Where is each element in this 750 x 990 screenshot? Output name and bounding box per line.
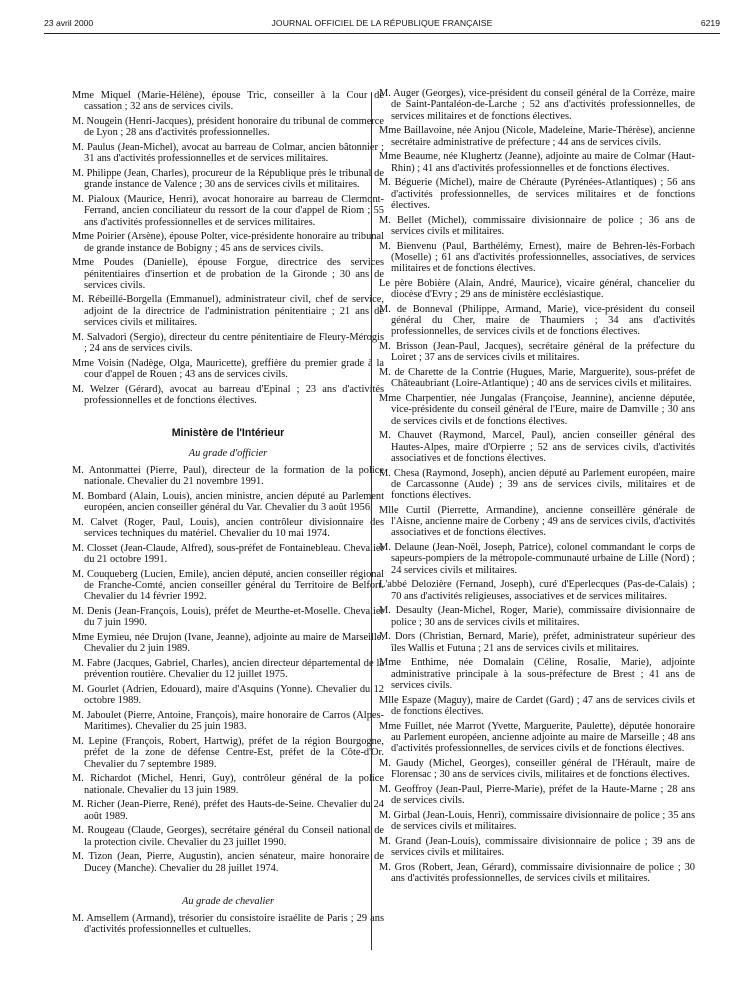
header-rule bbox=[44, 33, 720, 34]
list-item: Mlle Curtil (Pierrette, Armandine), anci… bbox=[379, 505, 695, 539]
entries-list-officier: M. Antonmattei (Pierre, Paul), directeur… bbox=[72, 465, 384, 874]
page-header: 23 avril 2000 JOURNAL OFFICIEL DE LA RÉP… bbox=[44, 16, 720, 30]
list-item: Mme Miquel (Marie-Hélène), épouse Tric, … bbox=[72, 90, 384, 113]
list-item: M. Béguerie (Michel), maire de Chéraute … bbox=[379, 177, 695, 211]
list-item: M. Calvet (Roger, Paul, Louis), ancien c… bbox=[72, 517, 384, 540]
entries-list-chevalier-continued: M. Auger (Georges), vice-président du co… bbox=[379, 88, 695, 884]
list-item: Mme Charpentier, née Jungalas (Françoise… bbox=[379, 393, 695, 427]
list-item: M. Bellet (Michel), commissaire division… bbox=[379, 215, 695, 238]
list-item: Mme Poudes (Danielle), épouse Forgue, di… bbox=[72, 257, 384, 291]
list-item: M. Dors (Christian, Bernard, Marie), pré… bbox=[379, 631, 695, 654]
list-item: M. de Bonneval (Philippe, Armand, Marie)… bbox=[379, 304, 695, 338]
list-item: M. Chauvet (Raymond, Marcel, Paul), anci… bbox=[379, 430, 695, 464]
list-item: M. Gaudy (Michel, Georges), conseiller g… bbox=[379, 758, 695, 781]
list-item: L'abbé Delozière (Fernand, Joseph), curé… bbox=[379, 579, 695, 602]
list-item: M. Richer (Jean-Pierre, René), préfet de… bbox=[72, 799, 384, 822]
list-item: M. Chesa (Raymond, Joseph), ancien déput… bbox=[379, 468, 695, 502]
list-item: M. Pialoux (Maurice, Henri), avocat hono… bbox=[72, 194, 384, 228]
list-item: M. Bienvenu (Paul, Barthélémy, Ernest), … bbox=[379, 241, 695, 275]
list-item: M. Rougeau (Claude, Georges), secrétaire… bbox=[72, 825, 384, 848]
list-item: M. Jaboulet (Pierre, Antoine, François),… bbox=[72, 710, 384, 733]
entries-list-justice: Mme Miquel (Marie-Hélène), épouse Tric, … bbox=[72, 90, 384, 406]
list-item: M. Denis (Jean-François, Louis), préfet … bbox=[72, 606, 384, 629]
list-item: M. Paulus (Jean-Michel), avocat au barre… bbox=[72, 142, 384, 165]
section-title: Ministère de l'Intérieur bbox=[72, 428, 384, 439]
list-item: M. Fabre (Jacques, Gabriel, Charles), an… bbox=[72, 658, 384, 681]
grade-heading-officier: Au grade d'officier bbox=[72, 448, 384, 459]
list-item: M. Gourlet (Adrien, Edouard), maire d'As… bbox=[72, 684, 384, 707]
right-column: M. Auger (Georges), vice-président du co… bbox=[379, 88, 695, 888]
list-item: M. Bombard (Alain, Louis), ancien minist… bbox=[72, 491, 384, 514]
list-item: M. Closset (Jean-Claude, Alfred), sous-p… bbox=[72, 543, 384, 566]
entries-list-chevalier: M. Amsellem (Armand), trésorier du consi… bbox=[72, 913, 384, 936]
list-item: M. Philippe (Jean, Charles), procureur d… bbox=[72, 168, 384, 191]
list-item: M. Desaulty (Jean-Michel, Roger, Marie),… bbox=[379, 605, 695, 628]
list-item: M. Tizon (Jean, Pierre, Augustin), ancie… bbox=[72, 851, 384, 874]
list-item: Mme Fuillet, née Marrot (Yvette, Marguer… bbox=[379, 721, 695, 755]
list-item: Mlle Espaze (Maguy), maire de Cardet (Ga… bbox=[379, 695, 695, 718]
list-item: Mme Enthime, née Domalain (Céline, Rosal… bbox=[379, 657, 695, 691]
journal-title: JOURNAL OFFICIEL DE LA RÉPUBLIQUE FRANÇA… bbox=[44, 18, 720, 28]
list-item: M. Delaune (Jean-Noël, Joseph, Patrice),… bbox=[379, 542, 695, 576]
list-item: Mme Beaume, née Klughertz (Jeanne), adjo… bbox=[379, 151, 695, 174]
list-item: Mme Baillavoine, née Anjou (Nicole, Made… bbox=[379, 125, 695, 148]
list-item: Mme Poirier (Arsène), épouse Polter, vic… bbox=[72, 231, 384, 254]
list-item: Mme Voisin (Nadège, Olga, Mauricette), g… bbox=[72, 358, 384, 381]
left-column: Mme Miquel (Marie-Hélène), épouse Tric, … bbox=[72, 90, 384, 939]
list-item: M. Couqueberg (Lucien, Emile), ancien dé… bbox=[72, 569, 384, 603]
page-number: 6219 bbox=[701, 18, 720, 28]
list-item: M. Amsellem (Armand), trésorier du consi… bbox=[72, 913, 384, 936]
list-item: M. Lepine (François, Robert, Hartwig), p… bbox=[72, 736, 384, 770]
list-item: M. de Charette de la Contrie (Hugues, Ma… bbox=[379, 367, 695, 390]
list-item: M. Geoffroy (Jean-Paul, Pierre-Marie), p… bbox=[379, 784, 695, 807]
list-item: M. Girbal (Jean-Louis, Henri), commissai… bbox=[379, 810, 695, 833]
list-item: M. Brisson (Jean-Paul, Jacques), secréta… bbox=[379, 341, 695, 364]
list-item: Mme Eymieu, née Drujon (Ivane, Jeanne), … bbox=[72, 632, 384, 655]
list-item: M. Gros (Robert, Jean, Gérard), commissa… bbox=[379, 862, 695, 885]
list-item: M. Salvadori (Sergio), directeur du cent… bbox=[72, 332, 384, 355]
list-item: M. Welzer (Gérard), avocat au barreau d'… bbox=[72, 384, 384, 407]
list-item: M. Rébeillé-Borgella (Emmanuel), adminis… bbox=[72, 294, 384, 328]
list-item: M. Auger (Georges), vice-président du co… bbox=[379, 88, 695, 122]
list-item: M. Richardot (Michel, Henri, Guy), contr… bbox=[72, 773, 384, 796]
list-item: Le père Bobière (Alain, André, Maurice),… bbox=[379, 278, 695, 301]
list-item: M. Nougein (Henri-Jacques), président ho… bbox=[72, 116, 384, 139]
list-item: M. Grand (Jean-Louis), commissaire divis… bbox=[379, 836, 695, 859]
grade-heading-chevalier: Au grade de chevalier bbox=[72, 896, 384, 907]
column-divider bbox=[371, 92, 372, 950]
list-item: M. Antonmattei (Pierre, Paul), directeur… bbox=[72, 465, 384, 488]
